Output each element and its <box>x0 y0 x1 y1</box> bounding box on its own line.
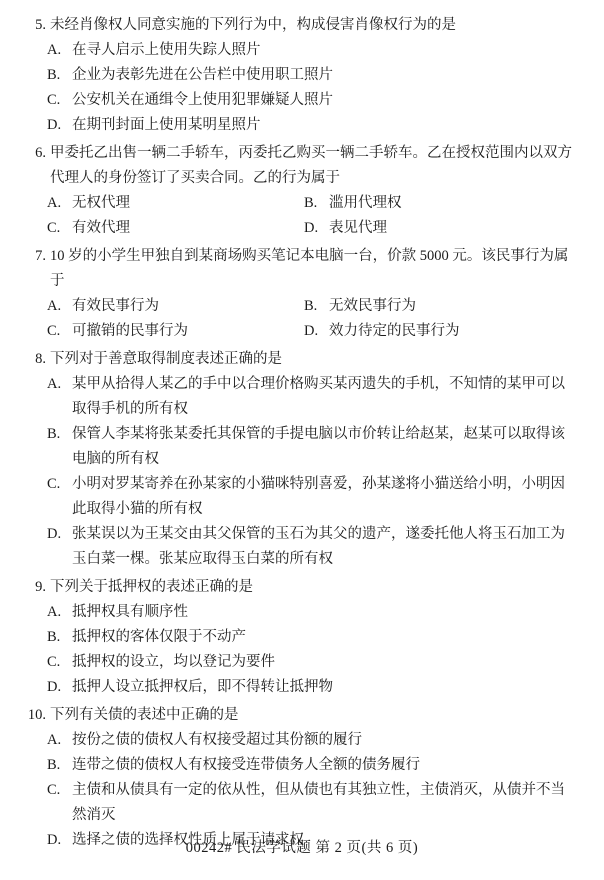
option-text: 主债和从债具有一定的依从性，但从债也有其独立性，主债消灭，从债并不当然消灭 <box>72 778 572 828</box>
option-8d: D. 张某误以为王某交由其父保管的玉石为其父的遗产，遂委托他人将玉石加工为玉白菜… <box>0 522 604 572</box>
question-number: 7. <box>0 244 46 269</box>
option-letter: B. <box>47 753 60 778</box>
option-8a: A. 某甲从拾得人某乙的手中以合理价格购买某丙遗失的手机，不知情的某甲可以取得手… <box>0 372 604 422</box>
question-10: 10. 下列有关债的表述中正确的是 A. 按份之债的债权人有权接受超过其份额的履… <box>0 703 604 853</box>
option-10a: A. 按份之债的债权人有权接受超过其份额的履行 <box>0 728 604 753</box>
option-text: 有效代理 <box>72 220 130 236</box>
option-text: 小明对罗某寄养在孙某家的小猫咪特别喜爱，孙某遂将小猫送给小明，小明因此取得小猫的… <box>72 472 572 522</box>
option-text: 某甲从拾得人某乙的手中以合理价格购买某丙遗失的手机，不知情的某甲可以取得手机的所… <box>72 372 572 422</box>
question-5: 5. 未经肖像权人同意实施的下列行为中，构成侵害肖像权行为的是 A. 在寻人启示… <box>0 13 604 138</box>
question-6: 6. 甲委托乙出售一辆二手轿车，丙委托乙购买一辆二手轿车。乙在授权范围内以双方代… <box>0 141 604 241</box>
exam-page: 5. 未经肖像权人同意实施的下列行为中，构成侵害肖像权行为的是 A. 在寻人启示… <box>0 0 604 880</box>
option-text: 按份之债的债权人有权接受超过其份额的履行 <box>72 728 572 753</box>
option-letter: A. <box>47 728 61 753</box>
option-letter: C. <box>47 216 60 241</box>
option-text: 保管人李某将张某委托其保管的手提电脑以市价转让给赵某，赵某可以取得该电脑的所有权 <box>72 422 572 472</box>
option-text: 无权代理 <box>72 195 130 211</box>
option-letter: B. <box>47 625 60 650</box>
option-letter: B. <box>47 422 60 447</box>
option-letter: A. <box>47 38 61 63</box>
option-letter: D. <box>47 522 61 547</box>
question-text: 下列有关债的表述中正确的是 <box>50 703 578 728</box>
option-6a: A. 无权代理 <box>47 191 304 216</box>
option-10b: B. 连带之债的债权人有权接受连带债务人全额的债务履行 <box>0 753 604 778</box>
question-text: 下列对于善意取得制度表述正确的是 <box>50 347 578 372</box>
option-text: 可撤销的民事行为 <box>72 323 188 339</box>
option-text: 张某误以为王某交由其父保管的玉石为其父的遗产，遂委托他人将玉石加工为玉白菜一棵。… <box>72 522 572 572</box>
question-7: 7. 10 岁的小学生甲独自到某商场购买笔记本电脑一台，价款 5000 元。该民… <box>0 244 604 344</box>
option-text: 连带之债的债权人有权接受连带债务人全额的债务履行 <box>72 753 572 778</box>
option-row: A. 有效民事行为 B. 无效民事行为 <box>0 294 604 319</box>
option-letter: D. <box>47 113 61 138</box>
option-letter: C. <box>47 650 60 675</box>
option-text: 企业为表彰先进在公告栏中使用职工照片 <box>72 63 572 88</box>
option-letter: C. <box>47 319 60 344</box>
option-9d: D. 抵押人设立抵押权后，即不得转让抵押物 <box>0 675 604 700</box>
option-text: 无效民事行为 <box>329 298 416 314</box>
question-text: 甲委托乙出售一辆二手轿车，丙委托乙购买一辆二手轿车。乙在授权范围内以双方代理人的… <box>50 141 578 191</box>
option-letter: A. <box>47 294 61 319</box>
option-letter: B. <box>47 63 60 88</box>
option-text: 抵押权的客体仅限于不动产 <box>72 625 572 650</box>
option-letter: B. <box>304 191 317 216</box>
option-text: 抵押人设立抵押权后，即不得转让抵押物 <box>72 675 572 700</box>
option-5c: C. 公安机关在通缉令上使用犯罪嫌疑人照片 <box>0 88 604 113</box>
option-7a: A. 有效民事行为 <box>47 294 304 319</box>
option-text: 滥用代理权 <box>329 195 402 211</box>
question-8: 8. 下列对于善意取得制度表述正确的是 A. 某甲从拾得人某乙的手中以合理价格购… <box>0 347 604 572</box>
option-text: 抵押权具有顺序性 <box>72 600 572 625</box>
question-number: 6. <box>0 141 46 166</box>
option-10c: C. 主债和从债具有一定的依从性，但从债也有其独立性，主债消灭，从债并不当然消灭 <box>0 778 604 828</box>
option-letter: C. <box>47 472 60 497</box>
question-number: 5. <box>0 13 46 38</box>
option-7c: C. 可撤销的民事行为 <box>47 319 304 344</box>
option-6d: D. 表见代理 <box>304 216 604 241</box>
option-letter: D. <box>47 675 61 700</box>
option-text: 有效民事行为 <box>72 298 159 314</box>
option-8b: B. 保管人李某将张某委托其保管的手提电脑以市价转让给赵某，赵某可以取得该电脑的… <box>0 422 604 472</box>
option-8c: C. 小明对罗某寄养在孙某家的小猫咪特别喜爱，孙某遂将小猫送给小明，小明因此取得… <box>0 472 604 522</box>
option-7b: B. 无效民事行为 <box>304 294 604 319</box>
option-6c: C. 有效代理 <box>47 216 304 241</box>
option-letter: C. <box>47 88 60 113</box>
option-row: C. 有效代理 D. 表见代理 <box>0 216 604 241</box>
option-letter: D. <box>304 319 318 344</box>
question-number: 8. <box>0 347 46 372</box>
question-text: 下列关于抵押权的表述正确的是 <box>50 575 578 600</box>
question-text: 未经肖像权人同意实施的下列行为中，构成侵害肖像权行为的是 <box>50 13 578 38</box>
option-9b: B. 抵押权的客体仅限于不动产 <box>0 625 604 650</box>
option-9c: C. 抵押权的设立，均以登记为要件 <box>0 650 604 675</box>
option-5d: D. 在期刊封面上使用某明星照片 <box>0 113 604 138</box>
option-row: A. 无权代理 B. 滥用代理权 <box>0 191 604 216</box>
option-text: 表见代理 <box>329 220 387 236</box>
option-text: 公安机关在通缉令上使用犯罪嫌疑人照片 <box>72 88 572 113</box>
page-footer: 00242# 民法学试题 第 2 页(共 6 页) <box>0 836 604 861</box>
option-text: 抵押权的设立，均以登记为要件 <box>72 650 572 675</box>
option-text: 效力待定的民事行为 <box>329 323 460 339</box>
option-6b: B. 滥用代理权 <box>304 191 604 216</box>
option-5a: A. 在寻人启示上使用失踪人照片 <box>0 38 604 63</box>
question-text: 10 岁的小学生甲独自到某商场购买笔记本电脑一台，价款 5000 元。该民事行为… <box>50 244 578 294</box>
option-5b: B. 企业为表彰先进在公告栏中使用职工照片 <box>0 63 604 88</box>
option-text: 在期刊封面上使用某明星照片 <box>72 113 572 138</box>
option-letter: D. <box>304 216 318 241</box>
option-letter: A. <box>47 600 61 625</box>
option-letter: A. <box>47 191 61 216</box>
option-9a: A. 抵押权具有顺序性 <box>0 600 604 625</box>
question-number: 10. <box>0 703 46 728</box>
option-row: C. 可撤销的民事行为 D. 效力待定的民事行为 <box>0 319 604 344</box>
question-number: 9. <box>0 575 46 600</box>
option-letter: C. <box>47 778 60 803</box>
question-9: 9. 下列关于抵押权的表述正确的是 A. 抵押权具有顺序性 B. 抵押权的客体仅… <box>0 575 604 700</box>
option-letter: A. <box>47 372 61 397</box>
option-7d: D. 效力待定的民事行为 <box>304 319 604 344</box>
option-letter: B. <box>304 294 317 319</box>
option-text: 在寻人启示上使用失踪人照片 <box>72 38 572 63</box>
